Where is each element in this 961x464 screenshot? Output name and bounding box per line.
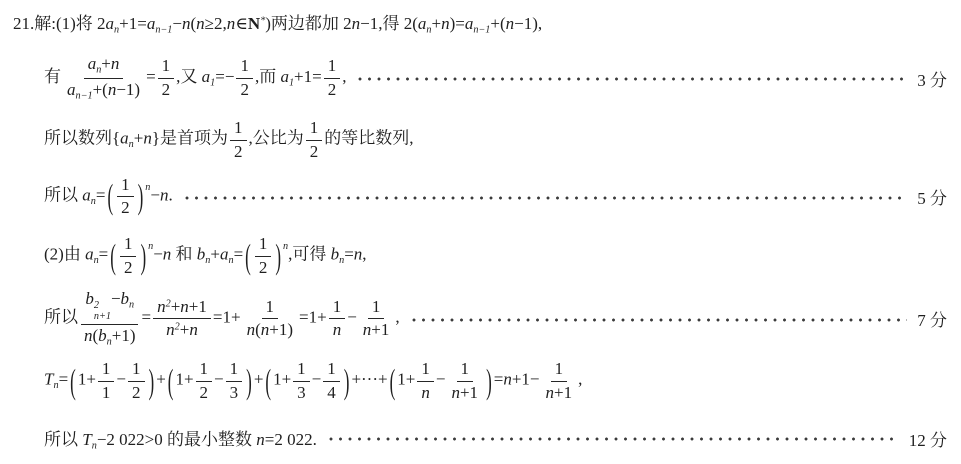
- text-run: =2 022.: [265, 430, 317, 449]
- text-run: 1: [421, 359, 430, 378]
- math-variable: n: [352, 14, 361, 33]
- solution-line-4: 所以 an=(12)n−n.5 分: [0, 168, 961, 225]
- math-variable: a: [67, 80, 76, 99]
- fraction-denominator: n2+n: [162, 319, 202, 340]
- fraction: 1n(n+1): [243, 297, 297, 340]
- subscript: n−1: [76, 90, 93, 101]
- text-run: 2: [200, 383, 209, 402]
- fraction: 13: [293, 359, 310, 402]
- fraction-denominator: 1: [98, 382, 115, 403]
- fraction: 12: [230, 118, 247, 161]
- fraction-numerator: 1: [323, 359, 340, 381]
- text-run: +(: [93, 80, 108, 99]
- fraction: 13: [226, 359, 243, 402]
- text-run: 1+: [397, 370, 415, 389]
- fraction-numerator: 1: [324, 56, 341, 78]
- text-run: 1: [266, 297, 275, 316]
- left-paren: (: [265, 364, 271, 399]
- subscript: n−1: [155, 24, 172, 35]
- text-run: −: [436, 370, 446, 389]
- fraction-numerator: 1: [158, 56, 175, 78]
- fraction-numerator: b2n+1−bn: [81, 289, 138, 325]
- fraction-denominator: 2: [324, 79, 341, 100]
- text-run: +1): [269, 320, 293, 339]
- text-run: =: [96, 185, 106, 204]
- fraction: 11: [98, 359, 115, 402]
- text-run: −1): [116, 80, 140, 99]
- left-paren: (: [70, 364, 76, 399]
- text-run: −: [172, 14, 182, 33]
- text-run: 1: [461, 359, 470, 378]
- math-variable: a: [82, 185, 91, 204]
- fraction-numerator: 1: [417, 359, 434, 381]
- text-run: −1,得 2(: [360, 14, 418, 33]
- fraction-denominator: 2: [158, 79, 175, 100]
- score-label: 3 分: [917, 66, 947, 91]
- math-variable: n: [421, 383, 430, 402]
- fraction-numerator: an+n: [84, 54, 124, 79]
- math-variable: n: [143, 129, 152, 148]
- fraction: 1n+1: [542, 359, 577, 402]
- math-variable: n: [333, 320, 342, 339]
- text-run: 1: [333, 297, 342, 316]
- math-variable: a: [106, 14, 115, 33]
- text-run: 2: [124, 258, 133, 277]
- fraction-numerator: 1: [255, 234, 272, 256]
- text-run: )=: [450, 14, 465, 33]
- fraction-numerator: n2+n+1: [153, 297, 211, 319]
- fraction-numerator: 1: [293, 359, 310, 381]
- score-label: 5 分: [917, 184, 947, 209]
- text-run: 2: [259, 258, 268, 277]
- text-run: 2: [240, 80, 249, 99]
- right-paren: ): [138, 179, 144, 214]
- text-run: +1: [460, 383, 478, 402]
- fraction: an+nan−1+(n−1): [63, 54, 144, 102]
- fraction: 12: [117, 175, 134, 218]
- fraction: 1n+1: [447, 359, 482, 402]
- line-content: (2)由 an=(12)n−n 和 bn+an=(12)n,可得 bn=n,: [44, 234, 367, 277]
- fraction-denominator: 2: [117, 197, 134, 218]
- text-run: +···+: [351, 370, 387, 389]
- dotted-leader: [185, 196, 908, 200]
- fraction: 12: [120, 234, 137, 277]
- math-variable: n: [451, 383, 460, 402]
- left-paren: (: [390, 364, 396, 399]
- text-run: +: [254, 370, 264, 389]
- math-variable: n: [180, 297, 189, 316]
- solution-line-6: 所以b2n+1−bnn(bn+1)=n2+n+1n2+n=1+1n(n+1)=1…: [0, 287, 961, 350]
- text-run: =−: [215, 67, 234, 86]
- solution-line-2: 有an+nan−1+(n−1)=12,又 a1=−12,而 a1+1=12,3 …: [0, 44, 961, 112]
- text-run: 所以数列{: [44, 129, 120, 148]
- fraction: 1n+1: [359, 297, 394, 340]
- solution-document: 21.解:(1)将 2an+1=an−1−n(n≥2,n∈N*)两边都加 2n−…: [0, 0, 961, 464]
- line-content: 所以 Tn−2 022>0 的最小整数 n=2 022.: [44, 425, 317, 452]
- fraction-denominator: n+1: [359, 319, 394, 340]
- math-variable: n: [506, 14, 515, 33]
- math-variable: a: [280, 67, 289, 86]
- text-run: =: [142, 307, 152, 326]
- text-run: ≥2,: [205, 14, 227, 33]
- text-run: +: [101, 54, 111, 73]
- text-run: ,而: [255, 67, 281, 86]
- fraction-numerator: 1: [457, 359, 474, 381]
- text-run: +1: [189, 297, 207, 316]
- math-variable: b: [85, 289, 94, 308]
- fraction-numerator: 1: [128, 359, 145, 381]
- text-run: 的等比数列,: [324, 129, 413, 148]
- text-run: +1=: [119, 14, 147, 33]
- math-variable: n: [247, 320, 256, 339]
- math-variable: n: [503, 370, 512, 389]
- solution-line-5: (2)由 an=(12)n−n 和 bn+an=(12)n,可得 bn=n,: [0, 225, 961, 287]
- fraction-denominator: 2: [196, 382, 213, 403]
- left-paren: (: [107, 179, 113, 214]
- subscript: n−1: [473, 24, 490, 35]
- math-bold-symbol: N: [248, 14, 260, 33]
- fraction-numerator: 1: [236, 56, 253, 78]
- subscript: n+1: [94, 311, 111, 322]
- fraction-denominator: 2: [120, 257, 137, 278]
- text-run: +: [171, 297, 181, 316]
- text-run: 1: [162, 56, 171, 75]
- line-content: 有an+nan−1+(n−1)=12,又 a1=−12,而 a1+1=12,: [44, 54, 346, 102]
- fraction-denominator: n(n+1): [243, 319, 297, 340]
- fraction-denominator: 3: [226, 382, 243, 403]
- fraction-numerator: 1: [120, 234, 137, 256]
- fraction: n2+n+1n2+n: [153, 297, 211, 340]
- score-label: 12 分: [909, 426, 947, 451]
- text-run: +1: [554, 383, 572, 402]
- math-variable: n: [84, 326, 93, 345]
- text-run: 所以: [44, 430, 82, 449]
- fraction-denominator: n+1: [542, 382, 577, 403]
- text-run: ,: [342, 67, 346, 86]
- math-variable: a: [85, 245, 94, 264]
- text-run: 3: [297, 383, 306, 402]
- text-run: −: [347, 307, 357, 326]
- math-variable: n: [441, 14, 450, 33]
- fraction-denominator: n+1: [447, 382, 482, 403]
- text-run: =: [494, 370, 504, 389]
- text-run: =: [344, 245, 354, 264]
- left-paren: (: [168, 364, 174, 399]
- math-variable: b: [331, 245, 340, 264]
- math-variable: a: [120, 129, 129, 148]
- text-run: 1: [102, 359, 111, 378]
- math-variable: n: [157, 297, 166, 316]
- text-run: 4: [327, 383, 336, 402]
- text-run: +1−: [512, 370, 540, 389]
- text-run: 1: [132, 359, 141, 378]
- text-run: 1: [327, 359, 336, 378]
- math-variable: n: [196, 14, 205, 33]
- text-run: −: [150, 185, 160, 204]
- fraction: 12: [306, 118, 323, 161]
- text-run: +: [180, 320, 190, 339]
- fraction: 1n: [417, 359, 434, 402]
- text-run: 1+: [78, 370, 96, 389]
- text-run: 2: [310, 142, 319, 161]
- fraction-numerator: 1: [230, 118, 247, 140]
- text-run: 有: [44, 67, 61, 86]
- text-run: 1: [230, 359, 239, 378]
- line-content: Tn=(1+11−12)+(1+12−13)+(1+13−14)+···+(1+…: [44, 359, 582, 402]
- text-run: +1: [371, 320, 389, 339]
- text-run: 2: [234, 142, 243, 161]
- text-run: =: [146, 67, 156, 86]
- solution-line-3: 所以数列{an+n}是首项为12,公比为12的等比数列,: [0, 112, 961, 168]
- superscript: 2: [94, 300, 99, 311]
- solution-line-8: 所以 Tn−2 022>0 的最小整数 n=2 022.12 分: [0, 412, 961, 464]
- fraction-denominator: 2: [236, 79, 253, 100]
- text-run: −: [153, 245, 163, 264]
- text-run: 1: [310, 118, 319, 137]
- right-paren: ): [149, 364, 155, 399]
- fraction-numerator: 1: [196, 359, 213, 381]
- text-run: +(: [490, 14, 505, 33]
- text-run: ,: [362, 245, 366, 264]
- fraction-numerator: 1: [226, 359, 243, 381]
- math-variable: n: [363, 320, 372, 339]
- right-paren: ): [246, 364, 252, 399]
- text-run: +: [431, 14, 441, 33]
- solution-line-1: 21.解:(1)将 2an+1=an−1−n(n≥2,n∈N*)两边都加 2n−…: [0, 0, 961, 44]
- fraction-numerator: 1: [368, 297, 385, 319]
- text-run: 1: [240, 56, 249, 75]
- text-run: )两边都加 2: [265, 14, 351, 33]
- fraction-numerator: 1: [98, 359, 115, 381]
- fraction: 14: [323, 359, 340, 402]
- right-paren: ): [275, 239, 281, 274]
- left-paren: (: [245, 239, 251, 274]
- math-variable: b: [121, 289, 130, 308]
- fraction-denominator: 4: [323, 382, 340, 403]
- math-variable: n: [227, 14, 236, 33]
- text-run: 1: [328, 56, 337, 75]
- text-run: =: [234, 245, 244, 264]
- text-run: 3: [230, 383, 239, 402]
- fraction-denominator: n: [329, 319, 346, 340]
- text-run: +: [156, 370, 166, 389]
- fraction-denominator: n: [417, 382, 434, 403]
- fraction-numerator: 1: [262, 297, 279, 319]
- line-content: 21.解:(1)将 2an+1=an−1−n(n≥2,n∈N*)两边都加 2n−…: [13, 9, 542, 36]
- dotted-leader: [329, 437, 899, 441]
- fraction-numerator: 1: [551, 359, 568, 381]
- line-content: 所以 an=(12)n−n.: [44, 175, 173, 218]
- subscript: n: [129, 299, 134, 310]
- text-run: 1: [297, 359, 306, 378]
- math-variable: n: [189, 320, 198, 339]
- fraction-numerator: 1: [329, 297, 346, 319]
- fraction-numerator: 1: [117, 175, 134, 197]
- fraction: 12: [196, 359, 213, 402]
- text-run: −: [111, 289, 121, 308]
- fraction: 1n: [329, 297, 346, 340]
- text-run: 2: [328, 80, 337, 99]
- right-paren: ): [344, 364, 350, 399]
- fraction: 12: [236, 56, 253, 99]
- text-run: ,公比为: [249, 129, 304, 148]
- line-content: 所以数列{an+n}是首项为12,公比为12的等比数列,: [44, 118, 414, 161]
- math-variable: b: [98, 326, 107, 345]
- text-run: −2 022>0 的最小整数: [97, 430, 256, 449]
- text-run: 1: [555, 359, 564, 378]
- text-run: −: [312, 370, 322, 389]
- text-run: =1+: [299, 307, 327, 326]
- text-run: 所以: [44, 185, 82, 204]
- text-run: +1=: [294, 67, 322, 86]
- math-variable: n: [256, 430, 265, 449]
- left-paren: (: [110, 239, 116, 274]
- text-run: (2)由: [44, 245, 85, 264]
- fraction: 12: [128, 359, 145, 402]
- text-run: +: [210, 245, 220, 264]
- text-run: 1+: [175, 370, 193, 389]
- math-variable: n: [166, 320, 175, 339]
- text-run: ,又: [176, 67, 202, 86]
- math-variable: a: [202, 67, 211, 86]
- text-run: 和: [171, 245, 197, 264]
- text-run: +1): [112, 326, 136, 345]
- fraction-denominator: 2: [255, 257, 272, 278]
- text-run: 1+: [273, 370, 291, 389]
- text-run: +: [134, 129, 144, 148]
- score-label: 7 分: [917, 306, 947, 331]
- text-run: =: [59, 370, 69, 389]
- solution-line-7: Tn=(1+11−12)+(1+12−13)+(1+13−14)+···+(1+…: [0, 350, 961, 412]
- text-run: 1: [259, 234, 268, 253]
- text-run: 1: [372, 297, 381, 316]
- text-run: ,: [395, 307, 399, 326]
- fraction: b2n+1−bnn(bn+1): [80, 289, 140, 349]
- text-run: =: [99, 245, 109, 264]
- line-content: 所以b2n+1−bnn(bn+1)=n2+n+1n2+n=1+1n(n+1)=1…: [44, 289, 400, 349]
- fraction-denominator: an−1+(n−1): [63, 79, 144, 103]
- text-run: 2: [162, 80, 171, 99]
- text-run: .: [168, 185, 172, 204]
- text-run: 21.解:(1)将 2: [13, 14, 106, 33]
- text-run: =1+: [213, 307, 241, 326]
- text-run: 1: [234, 118, 243, 137]
- text-run: 2: [132, 383, 141, 402]
- text-run: 2: [121, 198, 130, 217]
- fraction-numerator: 1: [306, 118, 323, 140]
- text-run: −: [214, 370, 224, 389]
- fraction: 12: [255, 234, 272, 277]
- fraction-denominator: 3: [293, 382, 310, 403]
- math-variable: a: [88, 54, 97, 73]
- right-paren: ): [140, 239, 146, 274]
- fraction-denominator: 2: [230, 141, 247, 162]
- text-run: ,: [578, 370, 582, 389]
- fraction-denominator: n(bn+1): [80, 325, 140, 349]
- text-run: ,可得: [288, 245, 331, 264]
- fraction: 12: [324, 56, 341, 99]
- right-paren: ): [486, 364, 492, 399]
- fraction-denominator: 2: [306, 141, 323, 162]
- superscript-subscript-stack: 2n+1: [94, 300, 111, 322]
- dotted-leader: [358, 77, 907, 81]
- text-run: 1: [124, 234, 133, 253]
- text-run: 1: [121, 175, 130, 194]
- math-variable: n: [111, 54, 120, 73]
- math-variable: n: [261, 320, 270, 339]
- math-variable: T: [82, 430, 91, 449]
- dotted-leader: [412, 318, 908, 322]
- fraction-denominator: 2: [128, 382, 145, 403]
- text-run: }是首项为: [152, 129, 228, 148]
- text-run: −1),: [514, 14, 542, 33]
- fraction: 12: [158, 56, 175, 99]
- text-run: 1: [102, 383, 111, 402]
- text-run: ∈: [235, 14, 248, 33]
- text-run: 所以: [44, 307, 78, 326]
- math-variable: n: [546, 383, 555, 402]
- text-run: −: [116, 370, 126, 389]
- text-run: 1: [200, 359, 209, 378]
